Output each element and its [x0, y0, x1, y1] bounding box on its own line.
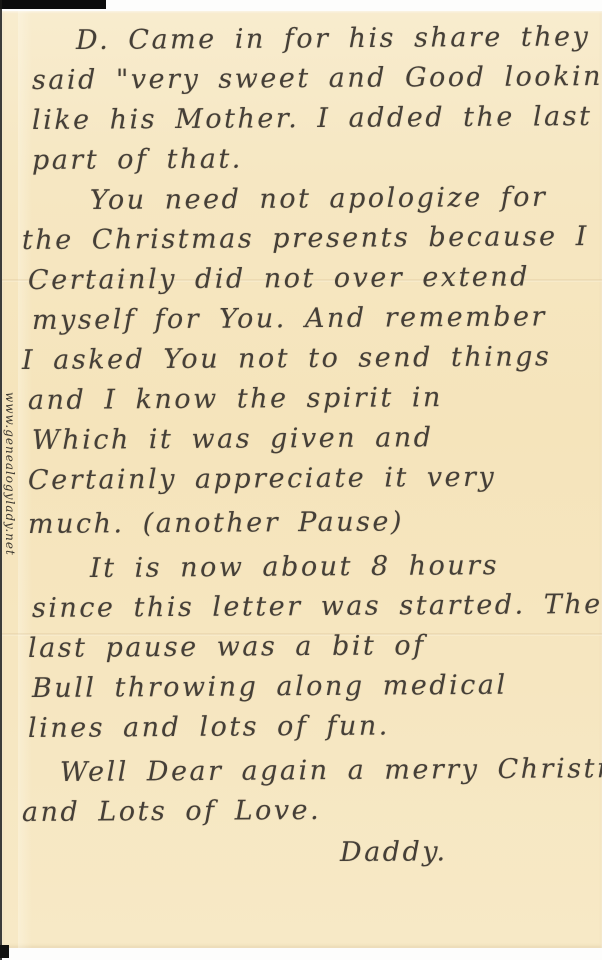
letter-line: and Lots of Love. [22, 789, 602, 833]
letter-line: D. Came in for his share they [76, 17, 602, 61]
letter-line: You need not apologize for [90, 177, 602, 221]
letter-line: part of that. [32, 137, 602, 181]
watermark-url: www.genealogylady.net [3, 392, 17, 556]
letter-line: Certainly did not over extend [28, 257, 602, 301]
letter-line: myself for You. And remember [32, 297, 602, 341]
signature: Daddy. [340, 831, 602, 873]
letter-line: It is now about 8 hours [90, 545, 602, 589]
scanned-letter: D. Came in for his share they said "very… [0, 0, 602, 960]
letter-line: lines and lots of fun. [28, 705, 602, 749]
letter-body: D. Came in for his share they said "very… [2, 21, 602, 873]
letter-line: since this letter was started. The [32, 585, 602, 629]
letter-line: the Christmas presents because I [22, 217, 602, 261]
letter-line: I asked You not to send things [22, 337, 602, 381]
letter-line: and I know the spirit in [28, 377, 602, 421]
letter-line: Certainly appreciate it very [28, 457, 602, 501]
scan-edge-artifact-top [0, 0, 106, 9]
letter-page: D. Came in for his share they said "very… [2, 11, 602, 948]
scan-edge-artifact-bottom [0, 945, 9, 958]
letter-line: said "very sweet and Good looking" [32, 57, 602, 101]
letter-line: Well Dear again a merry Christmas [60, 749, 602, 793]
letter-line: Bull throwing along medical [32, 665, 602, 709]
letter-line: much. (another Pause) [28, 501, 602, 545]
letter-line: last pause was a bit of [28, 625, 602, 669]
scan-edge-artifact-left [0, 0, 2, 960]
letter-line: Which it was given and [32, 417, 602, 461]
letter-line: like his Mother. I added the last [32, 97, 602, 141]
